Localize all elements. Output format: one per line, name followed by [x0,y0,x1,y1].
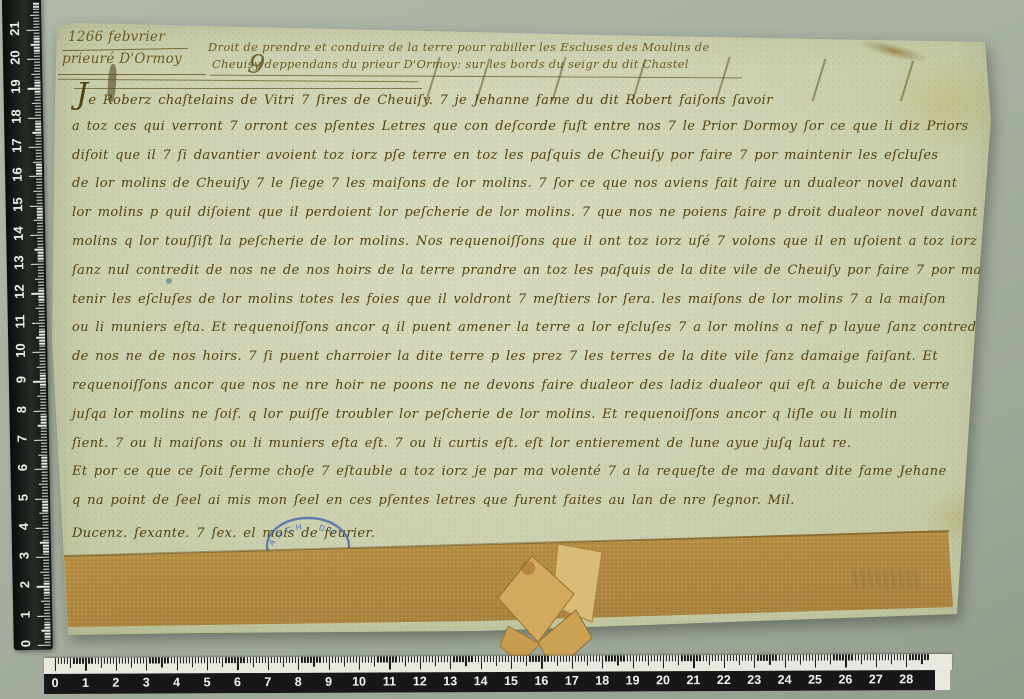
ruler-tick [867,654,868,660]
ruler-tick [405,656,406,666]
ruler-tick [143,658,144,664]
ruler-tick [167,657,168,663]
ruler-tick [806,655,807,661]
ruler-tick [617,655,618,665]
ruler-tick [44,624,50,625]
ruler-tick [253,657,254,667]
ruler-tick [800,655,801,665]
ruler-tick [854,654,855,660]
bottom-ruler-number: 22 [717,673,731,687]
ruler-tick [690,655,691,661]
ruler-tick [207,657,208,670]
ruler-tick [173,657,174,663]
ruler-tick [45,642,51,643]
ruler-tick [836,655,837,661]
ruler-tick [39,346,45,347]
manuscript-line: ou li muniers eſta. Et requenoiſſons anc… [72,320,987,336]
ruler-tick [110,658,111,664]
ruler-tick [39,343,45,344]
ruler-tick [31,103,41,104]
ruler-tick [228,657,229,663]
ruler-tick [499,656,500,662]
ruler-tick [271,657,272,663]
ruler-tick [672,655,673,661]
manuscript-line: ſanz nul contredit de nos ne de nos hoir… [72,263,995,279]
ruler-tick [578,656,579,662]
left-ruler-number: 14 [11,223,26,243]
ruler-tick [727,655,728,661]
ruler-tick [295,657,296,663]
left-ruler-number: 1 [18,604,33,624]
ruler-tick [146,658,147,671]
ruler-tick [809,655,810,661]
ruler-tick [429,656,430,662]
ruler-tick [41,428,47,429]
ruler-tick [654,655,655,661]
ruler-tick [815,655,816,668]
ruler-tick [33,381,46,383]
ruler-tick [37,243,43,244]
ruler-tick [43,533,49,534]
ruler-tick [183,657,184,663]
ruler-tick [82,658,83,664]
ruler-tick [34,41,40,42]
ruler-tick [113,658,114,664]
ruler-tick [350,657,351,663]
ruler-tick [657,655,658,661]
bottom-ruler-number: 21 [686,673,700,687]
ruler-tick [897,654,898,660]
ruler-tick [40,393,46,394]
ruler-tick [44,580,50,581]
ruler-tick [292,657,293,663]
ruler-tick [33,12,39,13]
ruler-tick [34,82,40,83]
ruler-tick [43,568,49,569]
ruler-tick [37,226,43,227]
ruler-tick [39,542,49,543]
ruler-tick [547,656,548,662]
ruler-tick [32,132,42,133]
ruler-tick [35,126,41,127]
ruler-tick [629,655,630,661]
ruler-tick [924,654,925,660]
ruler-tick [827,655,828,661]
ruler-tick [550,656,551,662]
ruler-tick [61,658,62,664]
ruler-tick [344,657,345,667]
ruler-tick [38,281,44,282]
ruler-tick [37,199,43,200]
ruler-tick [34,50,40,51]
ruler-tick [43,551,49,552]
ruler-tick [398,656,399,662]
ruler-tick [38,275,44,276]
ruler-tick [39,334,45,335]
ruler-tick [43,554,49,555]
ruler-tick [43,530,49,531]
ruler-tick [760,655,761,661]
ruler-tick [35,135,41,136]
ruler-tick [39,305,45,306]
ruler-tick [620,655,621,661]
ruler-tick [38,645,51,647]
ruler-tick [40,398,46,399]
ruler-tick [861,654,862,664]
ruler-tick [33,410,46,412]
ruler-tick [602,656,603,669]
ruler-tick [37,240,43,241]
manuscript-line: Et por ce que ce ſoit ferme choſe 7 eſta… [72,464,947,480]
ruler-tick [34,67,40,68]
ruler-tick [35,278,45,279]
ruler-tick [35,111,41,112]
bottom-ruler-number: 28 [899,672,913,686]
ruler-tick [41,437,47,438]
ruler-tick [37,223,43,224]
ruler-tick [377,657,378,663]
ruler-tick [204,657,205,663]
ruler-tick [42,481,48,482]
ruler-tick [32,352,45,354]
ruler-tick [477,656,478,662]
ruler-tick [259,657,260,663]
ruler-tick [219,657,220,663]
ruler-tick [225,657,226,663]
ruler-tick [35,100,41,101]
ruler-tick [234,657,235,663]
ruler-tick [736,655,737,661]
bottom-ruler-number: 12 [413,674,427,688]
ruler-tick [560,656,561,662]
ruler-tick [40,369,46,370]
ruler-tick [44,592,50,593]
ruler-tick [39,357,45,358]
ruler-tick [39,331,45,332]
ruler-tick [40,407,46,408]
ruler-tick [64,658,65,664]
bottom-ruler-number: 18 [595,674,609,688]
ruler-tick [40,360,46,361]
ruler-tick [41,431,47,432]
left-ruler-number: 9 [13,370,28,390]
ruler-tick [39,328,45,329]
ruler-tick [544,656,545,662]
ruler-tick [37,217,43,218]
left-ruler-number: 13 [11,253,26,273]
ruler-tick [788,655,789,661]
ruler-tick [830,655,831,665]
ruler-tick [36,182,42,183]
ruler-tick [35,97,41,98]
bottom-ruler-number: 16 [534,674,548,688]
ruler-tick [870,654,871,660]
bottom-ruler-number: 2 [112,676,119,690]
ruler-tick [101,658,102,668]
manuscript-line: q na point de ſeel ai mis mon ſeel en ce… [72,493,795,509]
ruler-tick [541,656,542,669]
ruler-tick [322,657,323,663]
ruler-tick [687,655,688,661]
left-ruler-number: 0 [18,633,33,653]
ruler-tick [36,152,42,153]
ruler-tick [882,654,883,660]
ruler-tick [733,655,734,661]
ruler-tick [921,654,922,664]
ruler-tick [781,655,782,661]
ruler-tick [256,657,257,663]
ruler-tick [325,657,326,663]
ruler-tick [705,655,706,661]
ruler-tick [104,658,105,664]
ruler-tick [35,129,41,130]
ruler-tick [33,6,39,7]
ruler-tick [675,655,676,661]
left-ruler-number: 20 [7,48,22,68]
ruler-tick [912,654,913,660]
ruler-tick [699,655,700,661]
ruler-tick [33,191,43,192]
ruler-tick [283,657,284,667]
ruler-tick [839,655,840,661]
ruler-tick [651,655,652,661]
ruler-tick [535,656,536,662]
ruler-tick [262,657,263,663]
bottom-ruler-number: 27 [869,672,883,686]
ruler-tick [161,657,162,667]
ruler-tick [304,657,305,663]
ruler-tick [894,654,895,660]
ruler-tick [41,460,47,461]
ruler-tick [31,293,44,295]
ruler-tick [134,658,135,664]
ruler-tick [453,656,454,662]
ruler-tick [44,612,50,613]
ruler-tick [286,657,287,663]
ruler-tick [39,314,45,315]
ruler-tick [37,229,43,230]
ruler-tick [35,120,41,121]
ruler-tick [900,654,901,660]
ruler-tick [681,655,682,661]
ruler-tick [45,636,51,637]
ruler-tick [529,656,530,662]
ruler-tick [353,657,354,663]
ruler-tick [42,522,48,523]
ruler-tick [85,658,86,671]
bottom-ruler-number: 20 [656,673,670,687]
ruler-tick [44,618,50,619]
ruler-tick [42,492,48,493]
ruler-tick [41,451,47,452]
ruler-tick [44,577,50,578]
ruler-tick [526,656,527,666]
ruler-tick [669,655,670,661]
ruler-tick [611,656,612,662]
ruler-tick [596,656,597,662]
manuscript-line: Je Roberz chaſtelains de Vitri 7 ſires d… [76,90,773,109]
ruler-tick [231,657,232,663]
ruler-tick [38,483,48,484]
ruler-tick [909,654,910,660]
ruler-tick [392,656,393,662]
ruler-tick [465,656,466,666]
ruler-tick [38,454,48,455]
ruler-tick [38,255,44,256]
ruler-tick [380,657,381,663]
ruler-tick [386,656,387,662]
ruler-tick [36,527,49,529]
ruler-tick [43,545,49,546]
ruler-tick [44,609,50,610]
ruler-tick [41,442,47,443]
ruler-tick [34,56,40,57]
ruler-tick [383,656,384,662]
ruler-tick [119,658,120,664]
ruler-tick [35,108,41,109]
ruler-tick [210,657,211,663]
ruler-tick [885,654,886,660]
bottom-ruler-number: 14 [474,674,488,688]
ruler-tick [40,601,50,602]
manuscript-line: tenir les eſcluſes de lor molins totes l… [72,292,946,308]
ruler-tick [42,472,48,473]
ruler-tick [246,657,247,663]
ruler-tick [268,657,269,670]
ruler-tick [41,466,47,467]
ruler-tick [505,656,506,662]
ruler-tick [833,655,834,661]
ruler-tick [30,15,40,16]
ruler-tick [41,448,47,449]
ruler-tick [36,158,42,159]
ruler-tick [32,161,42,162]
ruler-tick [289,657,290,663]
ruler-tick [715,655,716,661]
ruler-tick [43,574,49,575]
ruler-tick [152,658,153,664]
ruler-tick [37,214,43,215]
ruler-tick [43,524,49,525]
ruler-tick [636,655,637,661]
ruler-tick [797,655,798,661]
ruler-tick [36,167,42,168]
ruler-tick [590,656,591,662]
ruler-tick [42,495,48,496]
ruler-tick [520,656,521,662]
bottom-ruler-number: 5 [204,675,211,689]
ruler-tick [79,658,80,664]
ruler-tick [38,299,44,300]
left-ruler-number: 19 [8,77,23,97]
ruler-tick [42,519,48,520]
ruler-tick [587,656,588,666]
ruler-tick [39,325,45,326]
ruler-tick [508,656,509,662]
ruler-tick [180,657,181,663]
ruler-tick [30,44,40,45]
left-ruler-number: 11 [12,311,27,331]
ruler-tick [864,654,865,660]
ruler-tick [237,657,238,670]
ruler-tick [484,656,485,662]
left-ruler-number: 15 [10,194,25,214]
ruler-tick [198,657,199,663]
left-ruler-number: 5 [15,487,30,507]
ruler-tick [274,657,275,663]
faint-pencil-marks [850,570,920,588]
ruler-tick [763,655,764,661]
ruler-tick [444,656,445,662]
ruler-tick [502,656,503,662]
ruler-tick [927,654,928,660]
ruler-tick [645,655,646,661]
ruler-tick [36,155,42,156]
ruler-tick [41,434,47,435]
ruler-tick [778,655,779,661]
ruler-tick [164,657,165,663]
ruler-tick [35,138,41,139]
bottom-ruler-number: 9 [325,675,332,689]
bottom-ruler-number: 23 [747,673,761,687]
ruler-tick [888,654,889,660]
ruler-tick [28,117,41,119]
ruler-tick [125,658,126,664]
ruler-tick [37,232,43,233]
ruler-tick [395,656,396,662]
ruler-tick [35,94,41,95]
ruler-tick [724,655,725,668]
ruler-tick [34,38,40,39]
ruler-tick [553,656,554,662]
ruler-tick [40,401,46,402]
ruler-tick [43,536,49,537]
left-ruler-number: 7 [14,428,29,448]
ruler-tick [791,655,792,661]
ruler-tick [43,565,49,566]
ruler-tick [693,655,694,668]
ruler-tick [94,658,95,664]
ruler-tick [338,657,339,663]
ruler-tick [36,179,42,180]
ruler-tick [41,445,47,446]
manuscript-line: juſqa lor molins ne ſoif. q lor puiſſe t… [72,407,898,423]
ruler-tick [37,425,47,426]
ruler-tick [40,384,46,385]
left-ruler-number: 18 [8,106,23,126]
ruler-tick [67,658,68,664]
left-ruler-number: 3 [16,546,31,566]
ruler-tick [38,270,44,271]
ruler-tick [39,316,45,317]
ruler-tick [359,657,360,670]
bottom-ruler-number: 11 [383,674,396,688]
ruler-tick [757,655,758,661]
ruler-tick [36,173,42,174]
ruler-tick [155,657,156,663]
ruler-tick [34,65,40,66]
ruler-tick [38,267,44,268]
ruler-tick [41,457,47,458]
ruler-tick [216,657,217,663]
manuscript-line: a toz ces qui verront 7 orront ces pſent… [72,119,969,135]
left-ruler-number: 4 [16,516,31,536]
ruler-tick [438,656,439,662]
ruler-tick [37,396,47,397]
ruler-tick [34,35,40,36]
ruler-tick [368,657,369,663]
ruler-tick [34,70,40,71]
